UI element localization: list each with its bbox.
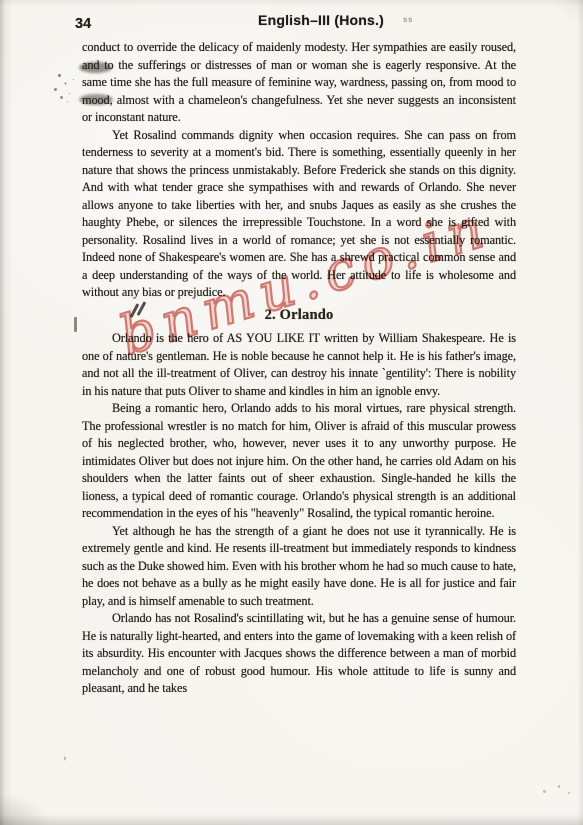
margin-mark: › — [63, 752, 67, 764]
header-smudge: ss — [403, 15, 413, 24]
paragraph: Orlando is the hero of AS YOU LIKE IT wr… — [82, 330, 516, 400]
scan-speck — [558, 785, 560, 788]
paragraph: Yet although he has the strength of a gi… — [82, 523, 516, 611]
scanned-book-page: 34 English–III (Hons.) ss conduct to ove… — [0, 0, 583, 825]
scan-speck — [568, 792, 570, 794]
paragraph: Being a romantic hero, Orlando adds to h… — [82, 400, 516, 523]
page-body: conduct to override the delicacy of maid… — [82, 39, 516, 698]
header-title: English–III (Hons.) — [258, 12, 384, 28]
page-number: 34 — [75, 16, 91, 32]
ink-smudge — [79, 94, 113, 105]
paragraph: conduct to override the delicacy of maid… — [82, 39, 516, 127]
section-heading: 2. Orlando — [82, 307, 516, 325]
ink-smudge — [79, 62, 112, 73]
margin-mark — [74, 317, 77, 332]
paragraph: Orlando has not Rosalind's scintillating… — [82, 610, 516, 698]
paragraph: Yet Rosalind commands dignity when occas… — [82, 127, 516, 302]
scan-speck — [543, 790, 546, 793]
ink-speckles — [58, 74, 61, 77]
